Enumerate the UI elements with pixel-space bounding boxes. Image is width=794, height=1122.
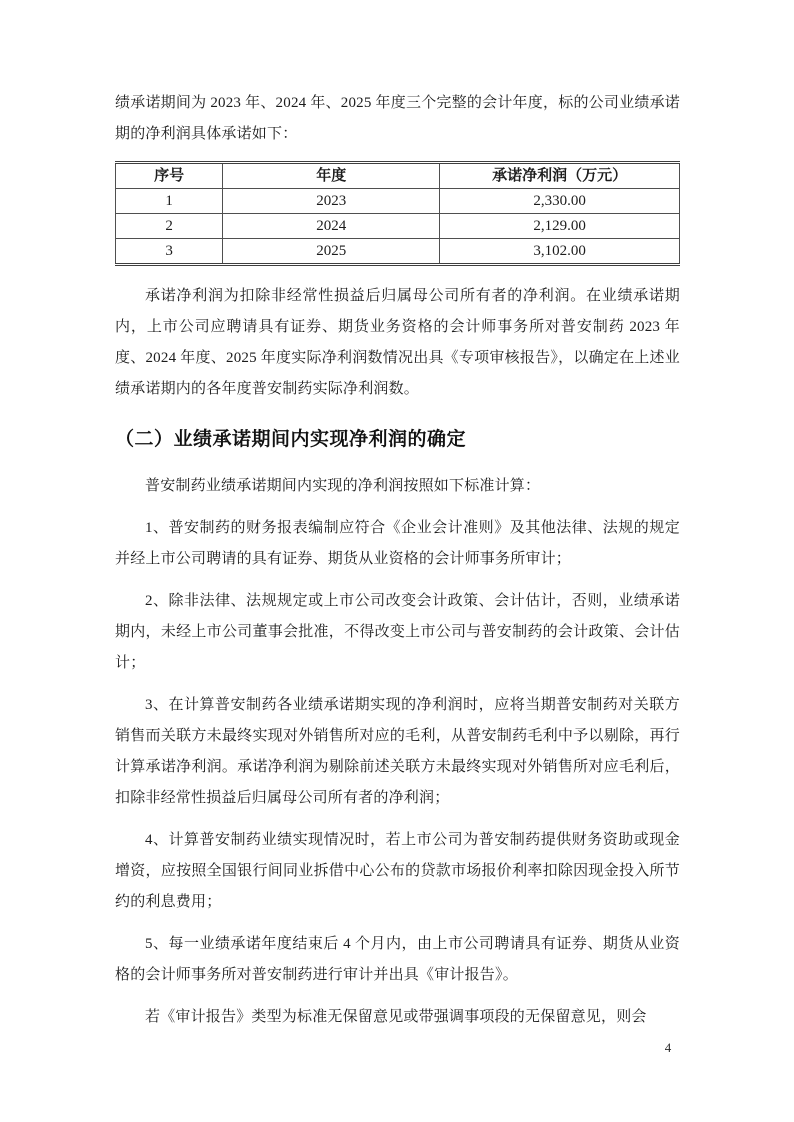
page-number: 4 [654, 1040, 682, 1056]
header-cell-profit: 承诺净利润（万元） [440, 163, 680, 189]
closing-paragraph: 若《审计报告》类型为标准无保留意见或带强调事项段的无保留意见，则会 [115, 1002, 680, 1033]
cell-profit: 3,102.00 [440, 239, 680, 265]
table-row: 3 2025 3,102.00 [116, 239, 680, 265]
table-row: 2 2024 2,129.00 [116, 214, 680, 239]
item-paragraph-5: 5、每一业绩承诺年度结束后 4 个月内，由上市公司聘请具有证券、期货从业资格的会… [115, 929, 680, 991]
intro-paragraph: 绩承诺期间为 2023 年、2024 年、2025 年度三个完整的会计年度，标的… [115, 88, 680, 150]
item-paragraph-1: 1、普安制药的财务报表编制应符合《企业会计准则》及其他法律、法规的规定并经上市公… [115, 513, 680, 575]
cell-year: 2024 [223, 214, 440, 239]
cell-seq: 2 [116, 214, 223, 239]
paragraph-after-table: 承诺净利润为扣除非经常性损益后归属母公司所有者的净利润。在业绩承诺期内，上市公司… [115, 281, 680, 405]
item-paragraph-3: 3、在计算普安制药各业绩承诺期实现的净利润时，应将当期普安制药对关联方销售而关联… [115, 690, 680, 814]
header-cell-year: 年度 [223, 163, 440, 189]
commitment-table: 序号 年度 承诺净利润（万元） 1 2023 2,330.00 2 2024 2… [115, 161, 680, 266]
calc-standard-intro: 普安制药业绩承诺期间内实现的净利润按照如下标准计算： [115, 471, 680, 502]
cell-seq: 1 [116, 189, 223, 214]
document-page: 绩承诺期间为 2023 年、2024 年、2025 年度三个完整的会计年度，标的… [0, 0, 794, 1122]
header-cell-seq: 序号 [116, 163, 223, 189]
item-paragraph-4: 4、计算普安制药业绩实现情况时，若上市公司为普安制药提供财务资助或现金增资，应按… [115, 825, 680, 918]
page-content: 绩承诺期间为 2023 年、2024 年、2025 年度三个完整的会计年度，标的… [115, 88, 680, 1044]
section-heading: （二）业绩承诺期间内实现净利润的确定 [115, 427, 680, 453]
item-paragraph-2: 2、除非法律、法规规定或上市公司改变会计政策、会计估计，否则，业绩承诺期内，未经… [115, 586, 680, 679]
table-row: 1 2023 2,330.00 [116, 189, 680, 214]
table-header-row: 序号 年度 承诺净利润（万元） [116, 163, 680, 189]
cell-year: 2023 [223, 189, 440, 214]
cell-year: 2025 [223, 239, 440, 265]
cell-profit: 2,330.00 [440, 189, 680, 214]
cell-seq: 3 [116, 239, 223, 265]
cell-profit: 2,129.00 [440, 214, 680, 239]
